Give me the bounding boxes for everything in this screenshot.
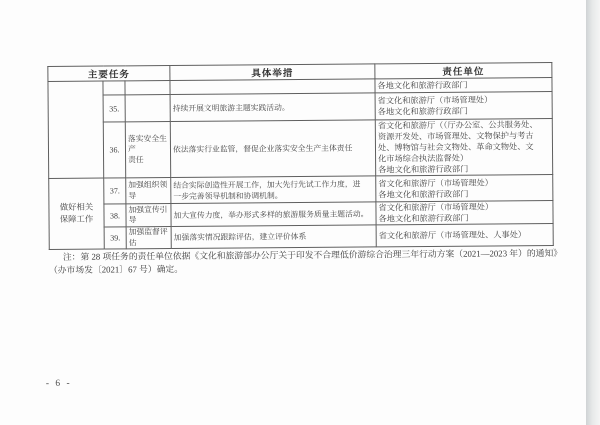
cell-number-35: 35. <box>103 95 125 122</box>
cell-task-continuation <box>125 81 170 95</box>
cell-unit-35: 省文化和旅游厅（市场管理处） 各地文化和旅游行政部门 <box>375 92 552 120</box>
cell-unit-36: 省文化和旅游厅（（厅办公室、公共服务处、 资源开发处、市场管理处、文物保护与考古… <box>375 119 552 176</box>
cell-unit-37: 省文化和旅游厅（市场管理处） 各地文化和旅游行政部门 <box>376 175 553 202</box>
table-row-39: 39. 加强监督评估 加强落实情况跟踪评估，建立评价体系 省文化和旅游厅（市场管… <box>49 224 553 250</box>
cell-task-39: 加强监督评估 <box>126 227 171 249</box>
page-number: - 6 - <box>46 379 72 389</box>
table-row-35: 35. 持续开展文明旅游主题实践活动。 省文化和旅游厅（市场管理处） 各地文化和… <box>48 92 552 123</box>
cell-task-36: 落实安全生产 责任 <box>125 122 170 178</box>
column-header-unit: 责任单位 <box>375 63 552 79</box>
cell-group-support-work: 做好相关 保障工作 <box>49 178 105 249</box>
cell-measure-35: 持续开展文明旅游主题实践活动。 <box>170 93 375 122</box>
cell-number-38: 38. <box>104 204 126 227</box>
footnote: 注：第 28 项任务的责任单位依据《文化和旅游部办公厅关于印发不合理低价游综合治… <box>49 247 565 277</box>
cell-task-37: 加强组织领导 <box>126 178 171 204</box>
column-header-measures: 具体举措 <box>170 64 375 81</box>
cell-number-36: 36. <box>103 122 125 178</box>
column-header-main-task: 主要任务 <box>48 66 170 82</box>
cell-measure-38: 加大宣传力度，举办形式多样的旅游服务质量主题活动。 <box>171 202 376 227</box>
table-row-36: 36. 落实安全生产 责任 依法落实行业监管，督促企业落实安全生产主体责任 省文… <box>48 119 552 179</box>
cell-measure-36: 依法落实行业监管，督促企业落实安全生产主体责任 <box>170 120 375 178</box>
cell-number-39: 39. <box>104 227 126 249</box>
action-plan-table: 主要任务 具体举措 责任单位 各地文化和旅游行政部门 35. 持续开展文明旅游主… <box>47 62 553 250</box>
cell-unit-continuation: 各地文化和旅游行政部门 <box>375 78 552 93</box>
cell-number-37: 37. <box>104 178 126 204</box>
document-sheet: 主要任务 具体举措 责任单位 各地文化和旅游行政部门 35. 持续开展文明旅游主… <box>0 0 600 425</box>
cell-task-35 <box>125 95 170 122</box>
cell-measure-37: 结合实际创造性开展工作，加大先行先试工作力度，进 一步完善领导机制和协调机制。 <box>171 176 376 204</box>
cell-unit-39: 省文化和旅游厅（市场管理处、人事处） <box>376 224 553 247</box>
cell-task-38: 加强宣传引导 <box>126 204 171 227</box>
cell-measure-39: 加强落实情况跟踪评估，建立评价体系 <box>171 225 376 249</box>
cell-number-continuation <box>103 81 125 95</box>
cell-group-upper <box>48 81 104 178</box>
table-row-37: 做好相关 保障工作 37. 加强组织领导 结合实际创造性开展工作，加大先行先试工… <box>49 175 553 205</box>
cell-unit-38: 省文化和旅游厅（市场管理处） 各地文化和旅游行政部门 <box>376 201 553 225</box>
